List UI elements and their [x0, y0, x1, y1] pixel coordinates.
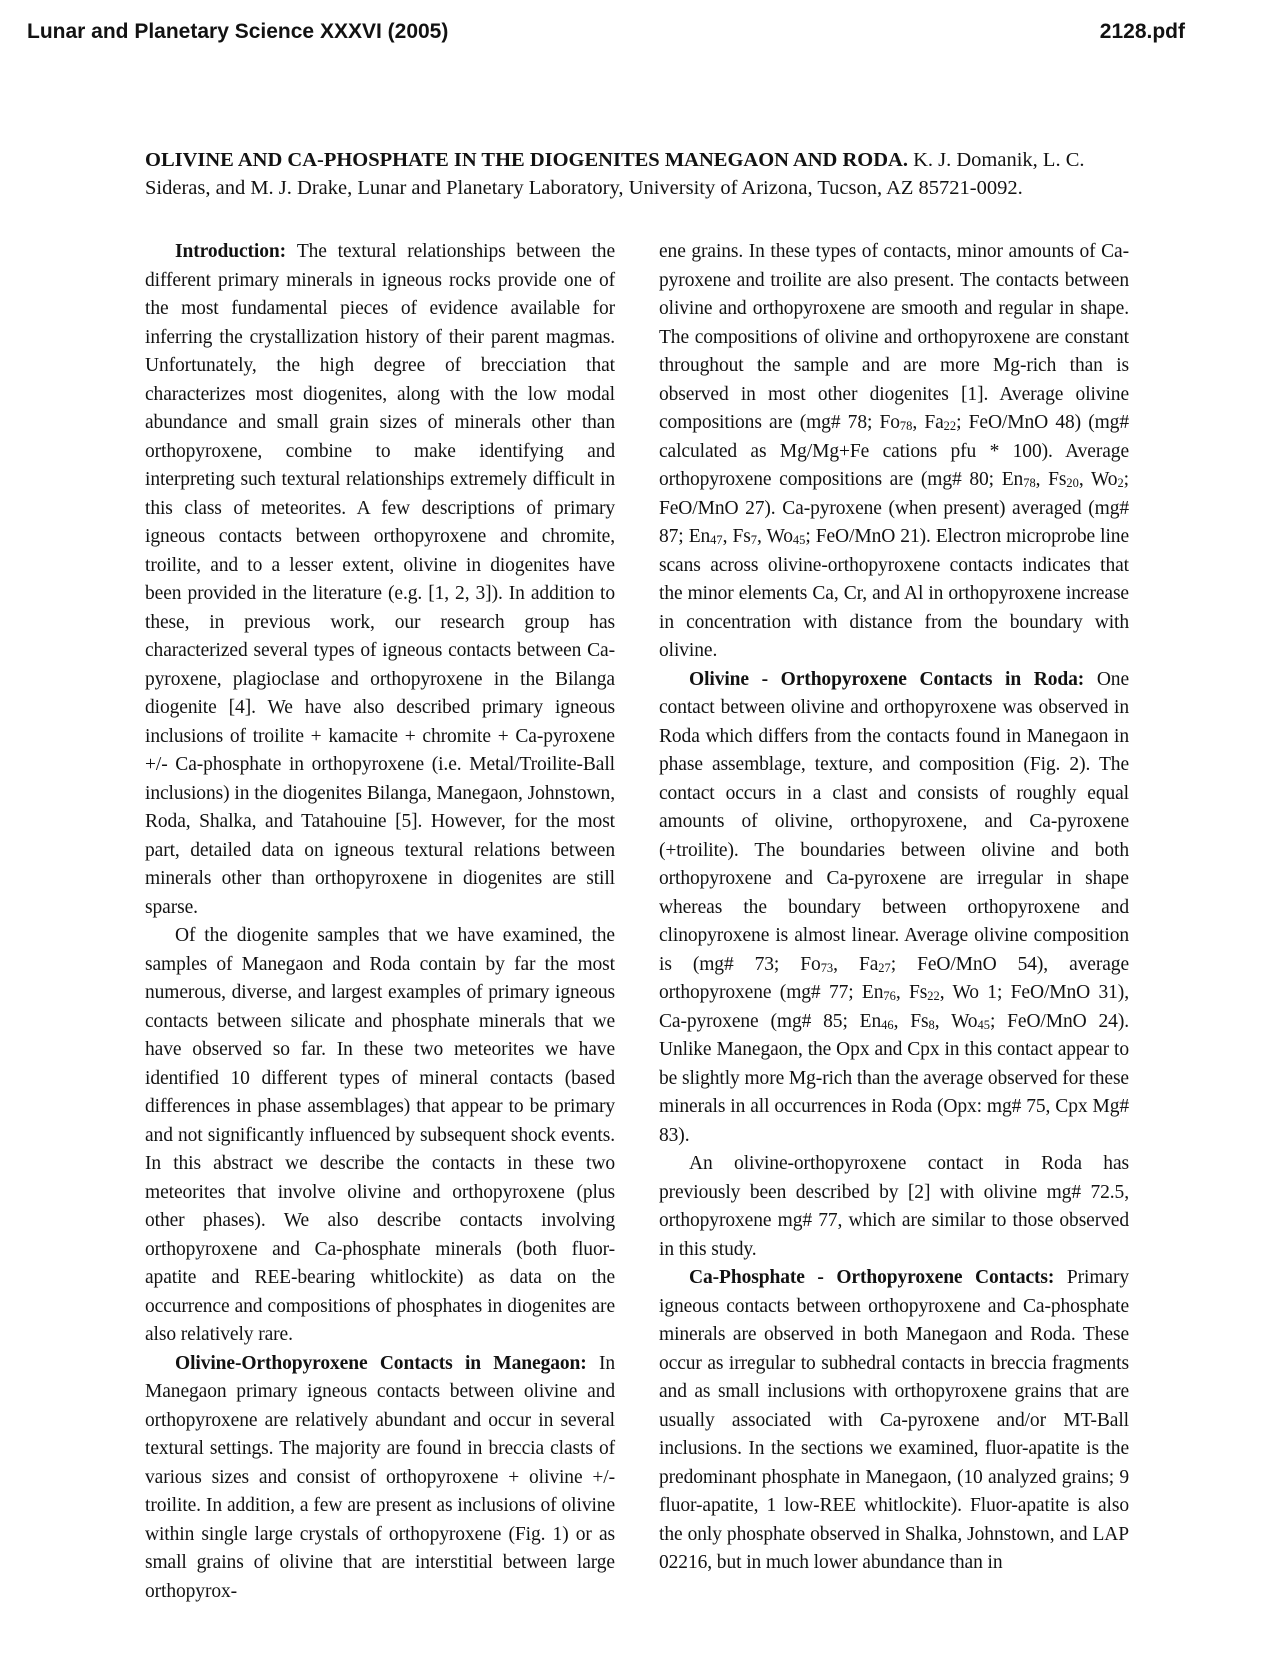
section-heading: Ca-Phosphate - Orthopyroxene Contacts:: [689, 1267, 1067, 1288]
text-run: , Fs: [896, 982, 927, 1003]
column-left: Introduction: The textural relationships…: [145, 238, 615, 1606]
paragraph: An olivine-orthopyroxene contact in Roda…: [659, 1150, 1129, 1264]
subscript-value: 76: [883, 989, 895, 1003]
text-run: One contact between olivine and orthopyr…: [659, 669, 1129, 975]
two-column-layout: Introduction: The textural relationships…: [145, 238, 1130, 1606]
text-run: Of the diogenite samples that we have ex…: [145, 925, 615, 1345]
paper-title-block: OLIVINE AND CA-PHOSPHATE IN THE DIOGENIT…: [145, 146, 1130, 202]
paragraph: Olivine-Orthopyroxene Contacts in Manega…: [145, 1350, 615, 1607]
subscript-value: 20: [1066, 476, 1078, 490]
abstract-content: OLIVINE AND CA-PHOSPHATE IN THE DIOGENIT…: [145, 146, 1130, 1606]
page-header: Lunar and Planetary Science XXXVI (2005)…: [27, 20, 1185, 44]
pdf-filename: 2128.pdf: [1100, 20, 1185, 44]
column-right: ene grains. In these types of contacts, …: [659, 238, 1129, 1606]
text-run: , Fs: [1036, 469, 1067, 490]
journal-title: Lunar and Planetary Science XXXVI (2005): [27, 20, 448, 44]
paper-title: OLIVINE AND CA-PHOSPHATE IN THE DIOGENIT…: [145, 149, 908, 171]
text-run: , Fs: [894, 1011, 929, 1032]
text-run: , Fs: [723, 526, 751, 547]
subscript-value: 22: [927, 989, 939, 1003]
section-heading: Introduction:: [175, 241, 297, 262]
section-heading: Olivine - Orthopyroxene Contacts in Roda…: [689, 669, 1097, 690]
section-heading: Olivine-Orthopyroxene Contacts in Manega…: [175, 1353, 599, 1374]
subscript-value: 78: [1023, 476, 1035, 490]
subscript-value: 47: [710, 533, 722, 547]
abstract-page: { "page_bg": "#ffffff", "text_color": "#…: [0, 0, 1280, 1656]
subscript-value: 45: [793, 533, 805, 547]
subscript-value: 46: [881, 1018, 893, 1032]
text-run: In Manegaon primary igneous contacts bet…: [145, 1353, 615, 1602]
text-run: The textural relationships between the d…: [145, 241, 615, 918]
subscript-value: 45: [977, 1018, 989, 1032]
text-run: , Wo: [1079, 469, 1118, 490]
paragraph: Of the diogenite samples that we have ex…: [145, 922, 615, 1350]
subscript-value: 78: [900, 419, 912, 433]
paragraph: Ca-Phosphate - Orthopyroxene Contacts: P…: [659, 1264, 1129, 1578]
text-run: , Fa: [833, 954, 878, 975]
text-run: , Fa: [912, 412, 943, 433]
paragraph: Introduction: The textural relationships…: [145, 238, 615, 922]
paragraph: ene grains. In these types of contacts, …: [659, 238, 1129, 666]
text-run: Primary igneous contacts between orthopy…: [659, 1267, 1129, 1573]
text-run: ene grains. In these types of contacts, …: [659, 241, 1129, 433]
text-run: , Wo: [935, 1011, 978, 1032]
paragraph: Olivine - Orthopyroxene Contacts in Roda…: [659, 666, 1129, 1151]
subscript-value: 22: [944, 419, 956, 433]
text-run: , Wo: [757, 526, 793, 547]
subscript-value: 27: [878, 961, 890, 975]
subscript-value: 73: [821, 961, 833, 975]
text-run: An olivine-orthopyroxene contact in Roda…: [659, 1153, 1129, 1260]
